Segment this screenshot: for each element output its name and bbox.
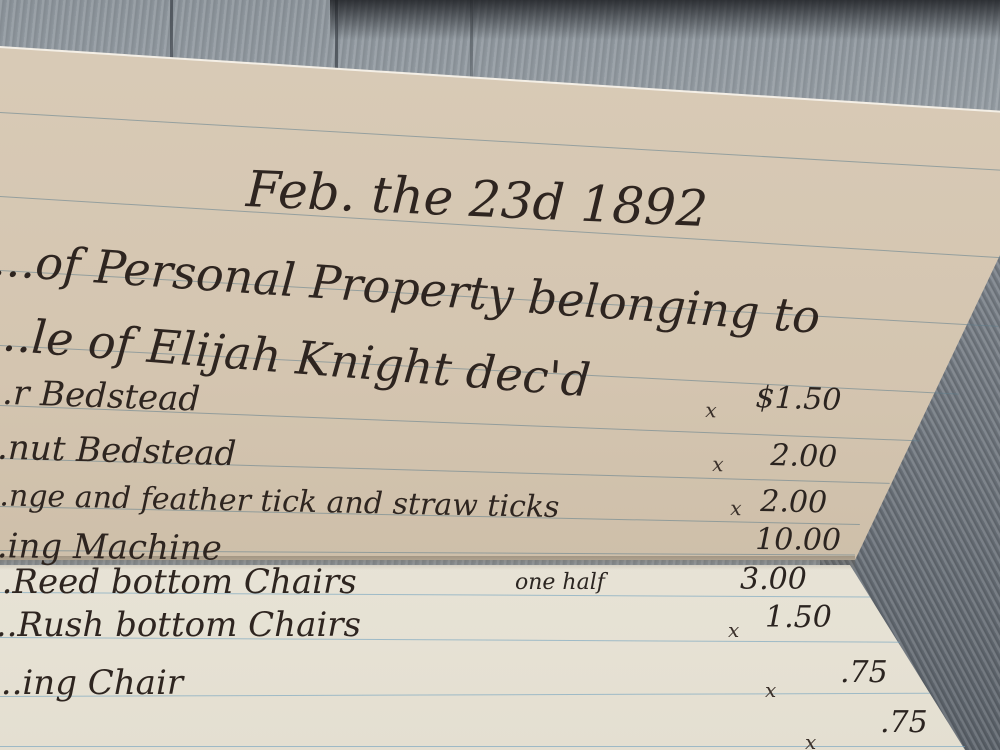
item-amount: .75: [840, 655, 888, 690]
item-amount: 2.00: [770, 438, 838, 475]
item-note: one half: [515, 570, 605, 595]
item-description: ...ing Chair: [0, 663, 183, 703]
item-mark: x: [765, 678, 776, 702]
item-mark: x: [730, 496, 742, 520]
item-description: ...Reed bottom Chairs: [0, 562, 357, 602]
item-mark: x: [712, 452, 724, 476]
item-mark: x: [705, 398, 717, 422]
item-amount: 3.00: [740, 562, 807, 597]
item-amount: 10.00: [755, 522, 841, 558]
background-shadow: [330, 0, 1000, 40]
item-description: ...Rush bottom Chairs: [0, 605, 361, 645]
item-mark: x: [728, 618, 739, 642]
item-amount: $1.50: [755, 380, 842, 418]
item-description: ...nut Bedstead: [0, 427, 237, 474]
ruled-line: [0, 746, 965, 747]
item-amount: 1.50: [765, 600, 832, 635]
item-amount: 2.00: [760, 484, 828, 520]
item-mark: x: [805, 730, 816, 750]
item-description: ...r Bedstead: [0, 372, 201, 420]
item-amount: .75: [880, 705, 928, 740]
